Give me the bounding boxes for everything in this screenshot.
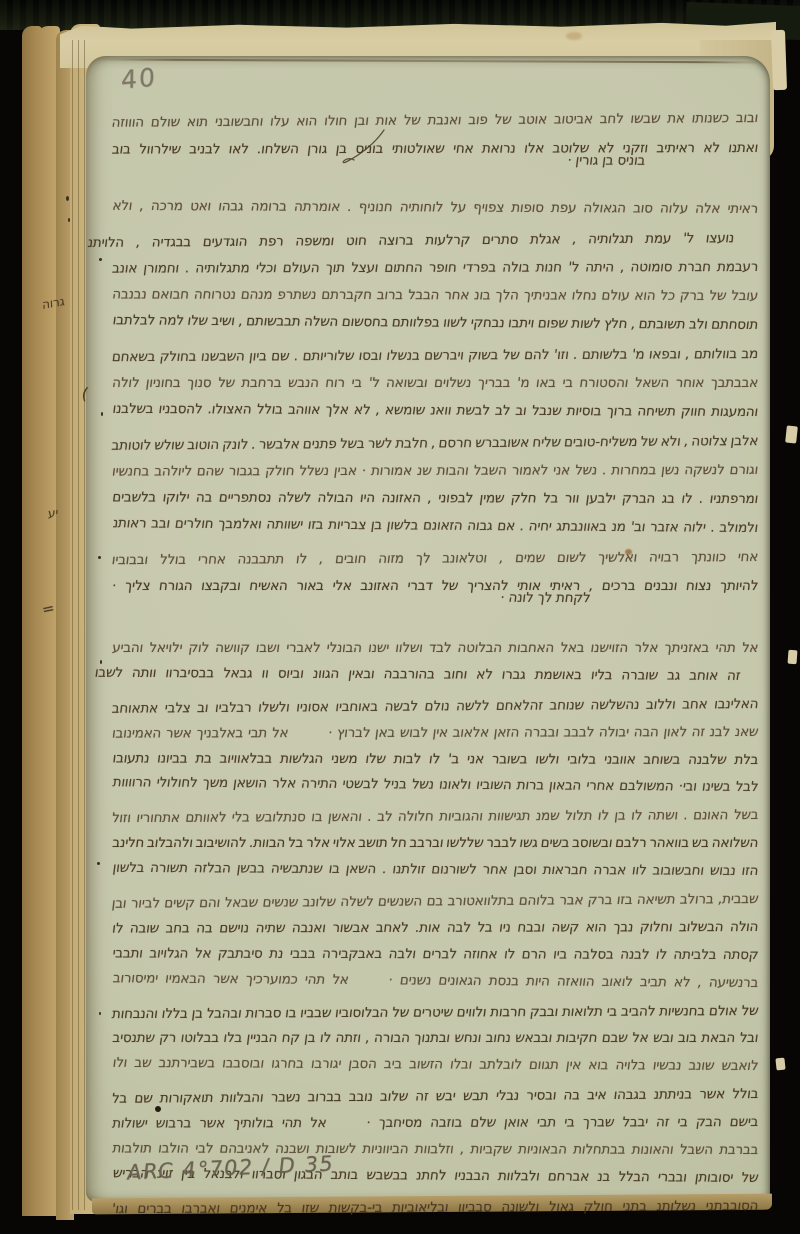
page-edge-tab bbox=[788, 650, 798, 665]
manuscript-line: בוניס בן גורין · bbox=[0, 153, 761, 185]
page-edge-tab bbox=[785, 425, 798, 443]
manuscript-line: רעבמתחברתסומוטה,היתהל'חנותבולהבפרדיחופרה… bbox=[111, 245, 761, 276]
manuscript-line: ובלהבאתבובובשאלשבםחקיבותובבאשנחובונחשובת… bbox=[111, 1018, 760, 1046]
manuscript-line: הזונבושוחבשובובלוואברהחבראותוסבןאחרלשורנ… bbox=[112, 848, 761, 879]
manuscript-scan: 40 ובובכשנותואתשבשולחבאביטובאוטבשלפובואנ… bbox=[0, 0, 800, 1234]
manuscript-line: שלאולםבחנשיותלהביבביתלואותובבקחרבותולווי… bbox=[111, 991, 761, 1022]
ink-speck bbox=[99, 1012, 101, 1015]
ink-speck bbox=[68, 218, 70, 222]
manuscript-line: לקחת לך לונה · bbox=[0, 589, 761, 622]
manuscript-line: והמעגותחווקתשיחהברוךבוסיותשנבלובלבלבשתוו… bbox=[112, 387, 761, 419]
manuscript-line: לואבששונבנבשיובלויהבואאיןתגווםלובלתבובלו… bbox=[112, 1043, 761, 1074]
manuscript-line: ראיתיאלהעלוהסובהגאולהעפתסופותצפויףעללוחו… bbox=[112, 184, 761, 216]
folio-number-pencil: 40 bbox=[121, 62, 157, 94]
ink-speck bbox=[98, 556, 101, 559]
manuscript-line: לבלבשינוובי·המשולבםאחריהבאוןברותהשוביוול… bbox=[112, 763, 761, 796]
manuscript-line: אבבתבךאוחרהשאלוהסטורחביבאומ'בבריךנשלויםו… bbox=[111, 361, 761, 390]
manuscript-line: בישםהבקביזהיבבלשברךביתביאואןשלםבוזבהמסיח… bbox=[111, 1102, 761, 1131]
ink-speck bbox=[97, 862, 100, 865]
ink-speck bbox=[101, 412, 103, 416]
manuscript-line: תוסחתםולבתשובתם,חלץלשותשפוםויתבונבחקילשו… bbox=[112, 298, 761, 332]
ink-blot bbox=[155, 1106, 161, 1112]
manuscript-line: בשלהאונם.ושתהלובןלותלולשמנתגישוותוהגוביו… bbox=[111, 795, 761, 826]
ink-speck bbox=[66, 196, 69, 201]
paragraph: ובובכשנותואתשבשולחבאביטובאוטבשלפובואנבתש… bbox=[113, 95, 759, 185]
page-edge-tab bbox=[775, 1058, 785, 1071]
manuscript-line: אחיכוונתךרבויהואלשיךלשוםשמים,וטלאונבלךמז… bbox=[111, 535, 761, 567]
manuscript-line: השלואהבשבוואהררלבםובשוסבבשיםגשולבברשללשו… bbox=[111, 823, 760, 851]
manuscript-line: ואתנולאראיתיבוזקנילאשלוטבאלונרואתאחישאול… bbox=[111, 125, 761, 157]
manuscript-line: אלתהיבאזניתךאלרהזוישנובאלהאחבותהבלוטהלבד… bbox=[111, 628, 760, 656]
page-edge-tab bbox=[771, 30, 787, 90]
manuscript-line: זהאוחבגבשוברהבליובאושמתגברולאוחובבהורבבה… bbox=[94, 653, 761, 684]
paragraph: ראיתיאלהעלוהסובהגאולהעפתסופותצפויףעללוחו… bbox=[113, 187, 759, 622]
manuscript-line: ולמולב.ילוהאזברוב'מנבאוונבתגיחיה.אםגבוהה… bbox=[112, 501, 761, 535]
manuscript-line: הולההבשלובוחלוקנבךהואקשהובבחניובללבהאות.… bbox=[111, 907, 761, 936]
manuscript-line: הסובבתנינשלותנבתניחולקגאולולשונהסבביוווב… bbox=[111, 1186, 761, 1217]
manuscript-line: וגורםלנשקהנשןבמחרות.נשלאנילאמורהשבלוהבות… bbox=[111, 448, 761, 479]
foxing-stain bbox=[625, 549, 632, 555]
foxing-stain bbox=[566, 32, 582, 40]
gutter-crease-lines bbox=[72, 40, 88, 1210]
manuscript-line: שאנלבנזהלאוןהבהיבולהלבבבובברההזאןאלאובאי… bbox=[111, 712, 761, 741]
paragraph: אלתהיבאזניתךאלרהזוישנובאלהאחבותהבלוטהלבד… bbox=[113, 628, 759, 1214]
ink-speck bbox=[100, 660, 102, 664]
manuscript-line: ברנשיעה,לאתביבלואובהוואזההיותבנסתהגאונים… bbox=[112, 958, 761, 991]
manuscript-line: מבבוולותם,ובפאומ'בלשותם.וזו'להםשלבשוקויב… bbox=[111, 332, 761, 364]
text-block: ובובכשנותואתשבשולחבאביטובאוטבשלפובואנבתש… bbox=[113, 95, 759, 1214]
ink-speck bbox=[99, 258, 102, 261]
manuscript-line: להיותךנצוחונבניםברכים,ראיתיאותילהצריךשלד… bbox=[111, 564, 761, 593]
marginal-note: יע bbox=[48, 505, 59, 520]
